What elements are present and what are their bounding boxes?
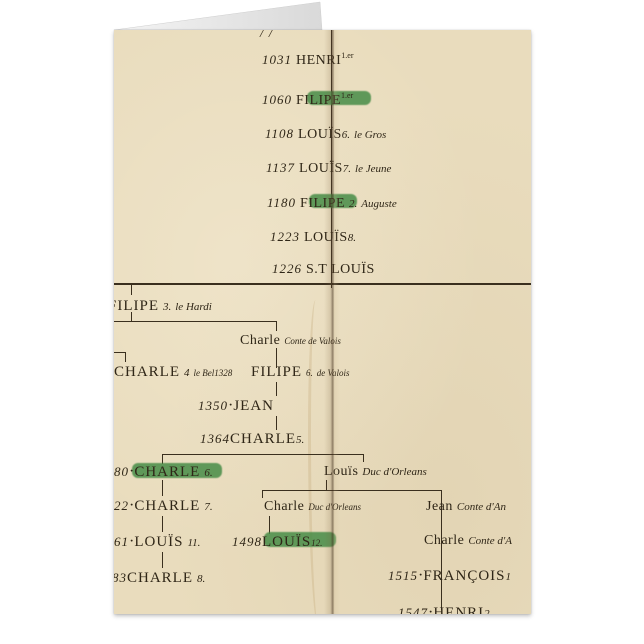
- entry-louis12: 1498LOUÏS12.: [232, 534, 322, 550]
- entry-charle5: 1364CHARLE5.: [200, 431, 304, 447]
- bracket-charle5-right: [363, 454, 364, 462]
- line-jean: [276, 416, 277, 430]
- bracket-orleans-left: [262, 490, 263, 498]
- entry-jean: 1350·JEAN: [198, 398, 274, 414]
- entry-filipe3: FILIPE 3. le Hardi: [114, 298, 212, 314]
- entry-louis11: 61·LOUÏS 11.: [114, 534, 200, 550]
- bracket-left: [114, 321, 131, 322]
- line-charle6: [162, 480, 163, 496]
- bracket-charle4-drop: [125, 352, 126, 362]
- greeting-card-front[interactable]: / / 1031 HENRI1.er 1060 FILIPE1.er 1108 …: [114, 30, 531, 614]
- bracket-charle4: [114, 352, 125, 353]
- bracket-right: [131, 321, 276, 322]
- line-francois1: [441, 586, 442, 602]
- bracket-stem: [131, 283, 132, 295]
- entry-charle8: 83CHARLE 8.: [114, 570, 205, 586]
- line-louis11: [162, 552, 163, 568]
- cut-off-year: / /: [260, 30, 273, 39]
- entry-charle-angouleme: Charle Conte d'A: [424, 532, 512, 548]
- entry-charle7: 22·CHARLE 7.: [114, 498, 213, 514]
- entry-henri2: 1547·HENRI2: [398, 605, 490, 614]
- entry-louis8: 1223 LOUÏS8.: [270, 229, 356, 245]
- card-fold-crease: [324, 30, 340, 614]
- entry-francois1: 1515·FRANÇOIS1: [388, 568, 511, 584]
- entry-charle6: 80·CHARLE 6.: [114, 464, 213, 480]
- entry-jean-angouleme: Jean Conte d'An: [426, 498, 506, 514]
- bracket-orleans: [262, 490, 441, 491]
- branch-line-saint-louis: [114, 283, 531, 285]
- bracket-drop: [276, 321, 277, 331]
- entry-charle4: CHARLE 4 le Bel1328: [114, 364, 232, 380]
- line-filipe6: [276, 382, 277, 396]
- line-charle7: [162, 516, 163, 532]
- entry-charle-orleans: Charle Duc d'Orleans: [264, 498, 361, 514]
